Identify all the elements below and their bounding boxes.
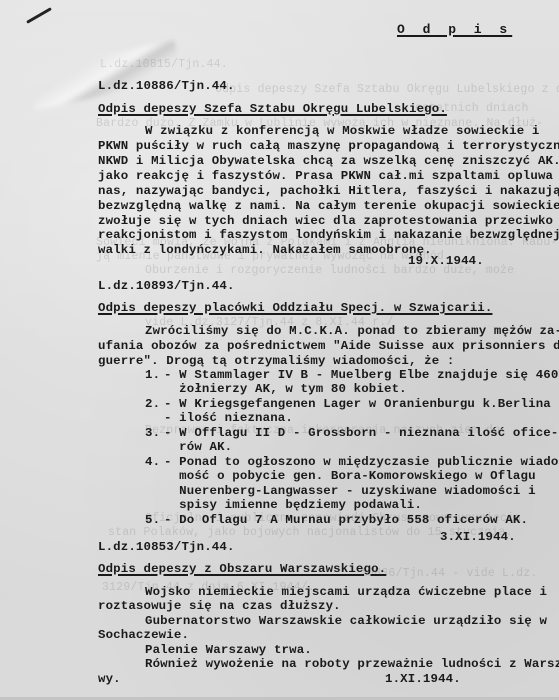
body-line: jako reakcję i faszystów. Prasa PKWN cał… bbox=[98, 169, 553, 184]
pen-mark bbox=[26, 7, 52, 24]
list-item-line: żołnierzy AK, w tym 80 kobiet. bbox=[164, 382, 407, 397]
body-line: Również wywożenie na roboty przeważnie l… bbox=[145, 657, 559, 672]
list-item-line: Nuerenberg-Langwasser - uzyskiwane wiado… bbox=[164, 484, 536, 499]
section-heading: Odpis depeszy placówki Oddziału Specj. w… bbox=[98, 301, 492, 316]
body-line: reakcjonistom i faszystom londyńskim i n… bbox=[98, 228, 559, 243]
list-item-line: - W Stammlager IV B - Muelberg Elbe znaj… bbox=[164, 368, 558, 383]
body-line: Palenie Warszawy trwa. bbox=[145, 643, 312, 658]
list-item-line: - Ponad to ogłoszono w międzyczasie publ… bbox=[164, 455, 559, 470]
list-item-number: 4. bbox=[145, 455, 160, 470]
section-ref: L.dz.10853/Tjn.44. bbox=[98, 540, 235, 555]
body-line: walki z londyńczykami. Nakazałem samoobr… bbox=[98, 243, 432, 258]
body-line: PKWN puściły w ruch całą maszynę propaga… bbox=[98, 139, 559, 154]
body-line: W związku z konferencją w Moskwie władze… bbox=[145, 124, 539, 139]
body-line: nas, nazywając bandyci, pachołki Hitlera… bbox=[98, 184, 559, 199]
list-item-line: spisy imienne będziemy podawali. bbox=[164, 498, 422, 513]
paper-crease bbox=[27, 40, 182, 110]
body-line: Sochaczewie. bbox=[98, 628, 189, 643]
list-item-line: rów AK. bbox=[164, 440, 232, 455]
document-page: L.dz.10815/Tjn.44. Odpis depeszy Szefa S… bbox=[0, 0, 559, 700]
body-line: Zwróciliśmy się do M.C.K.A. ponad to zbi… bbox=[145, 324, 559, 339]
body-line: roztasowuje się na czas dłuższy. bbox=[98, 599, 341, 614]
list-item-line: - W Kriegsgefangenen Lager w Oranienburg… bbox=[164, 397, 551, 412]
list-item-number: 2. bbox=[145, 397, 160, 412]
list-item-line: - Do Oflagu 7 A Murnau przybyło 558 ofic… bbox=[164, 513, 528, 528]
body-line: ufania obozów za pośrednictwem "Aide Sui… bbox=[98, 339, 559, 354]
list-item-line: mość o pobycie gen. Bora-Komorowskiego w… bbox=[164, 469, 536, 484]
section-ref: L.dz.10886/Tjn.44. bbox=[98, 79, 235, 94]
list-item-line: - W Offlagu II D - Grossborn - nieznana … bbox=[164, 426, 558, 441]
section-date: 3.XI.1944. bbox=[440, 530, 516, 545]
list-item-number: 1. bbox=[145, 368, 160, 383]
bleed-through-text: 10836/Tjn.44 - vide L.dz. bbox=[360, 567, 538, 580]
body-line: NKWD i Milicja Obywatelska chcą za wszel… bbox=[98, 154, 559, 169]
section-heading: Odpis depeszy z Obszaru Warszawskiego. bbox=[98, 562, 386, 577]
section-ref: L.dz.10893/Tjn.44. bbox=[98, 279, 235, 294]
list-item-line: - ilość nieznana. bbox=[164, 411, 293, 426]
bleed-through-text: L.dz.10815/Tjn.44. bbox=[100, 58, 228, 71]
bleed-through-text: Odpis depeszy Szefa Sztabu Okręgu Lubels… bbox=[215, 83, 559, 96]
list-item-number: 3. bbox=[145, 426, 160, 441]
body-line: Wojsko niemieckie miejscami urządza ćwic… bbox=[145, 585, 547, 600]
body-line: bezwzględną walkę z nami. Na całym teren… bbox=[98, 199, 559, 214]
document-title: O d p i s bbox=[397, 22, 512, 37]
body-line: wy. bbox=[98, 672, 121, 687]
section-heading: Odpis depeszy Szefa Sztabu Okręgu Lubels… bbox=[98, 102, 447, 117]
body-line: Gubernatorstwo Warszawskie całkowicie ur… bbox=[145, 614, 547, 629]
section-date: 19.X.1944. bbox=[408, 254, 484, 269]
list-item-number: 5. bbox=[145, 513, 160, 528]
body-line: zwołuje się w tych dniach wiec dla zapro… bbox=[98, 214, 553, 229]
section-date: 1.XI.1944. bbox=[385, 672, 461, 687]
body-line: guerre". Drogą tą otrzymaliśmy wiadomośc… bbox=[98, 354, 455, 369]
